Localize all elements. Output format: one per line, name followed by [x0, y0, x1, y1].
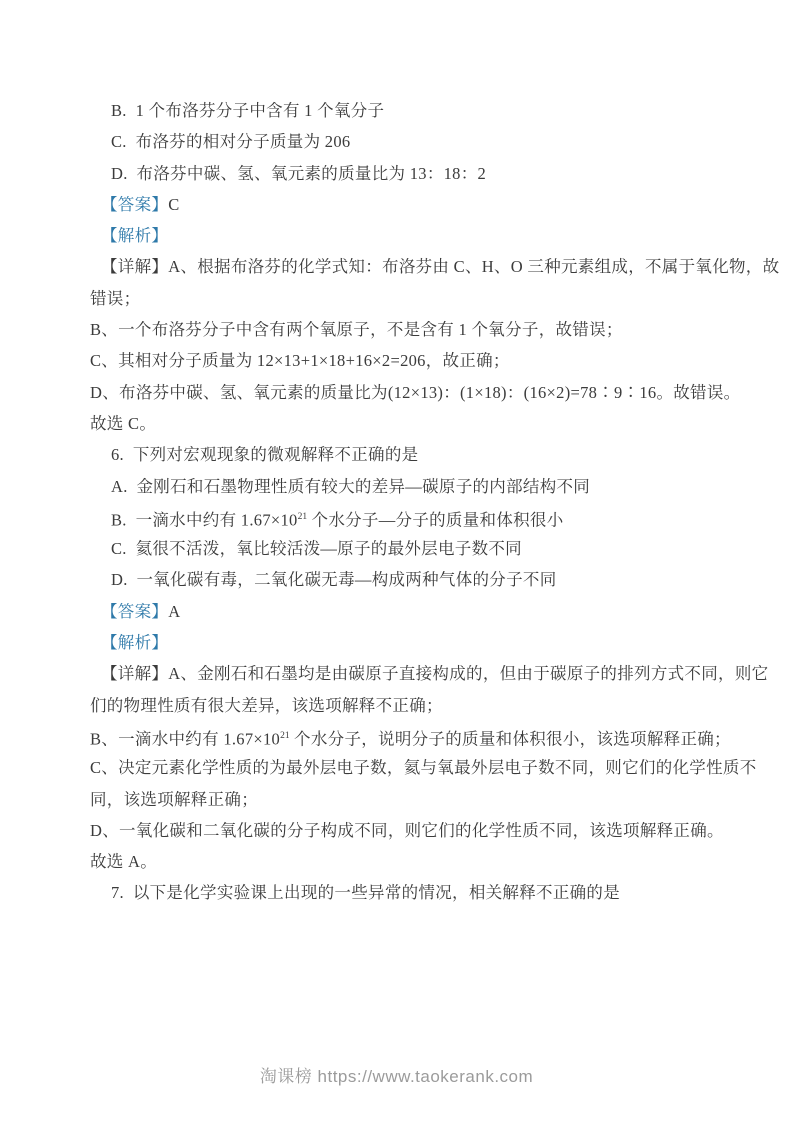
text-segment: D、布洛芬中碳、氢、氧元素的质量比为(12×13)：(1×18)：(16×2)=…: [90, 383, 740, 402]
text-line: 7. 以下是化学实验课上出现的一些异常的情况，相关解释不正确的是: [90, 877, 713, 908]
text-segment: C. 氦很不活泼，氧比较活泼—原子的最外层电子数不同: [111, 539, 522, 558]
text-line: 【答案】C: [90, 189, 713, 220]
text-segment: 6. 下列对宏观现象的微观解释不正确的是: [111, 445, 418, 464]
text-segment: 个水分子，说明分子的质量和体积很小，该选项解释正确；: [290, 729, 731, 748]
text-line: C. 布洛芬的相对分子质量为 206: [90, 126, 713, 157]
text-line: C、决定元素化学性质的为最外层电子数，氦与氧最外层电子数不同，则它们的化学性质不: [90, 752, 713, 783]
text-segment: D. 一氧化碳有毒，二氧化碳无毒—构成两种气体的分子不同: [111, 570, 557, 589]
text-segment: 同，该选项解释正确；: [90, 790, 258, 809]
footer-watermark: 淘课榜 https://www.taokerank.com: [0, 1062, 793, 1087]
text-line: 【答案】A: [90, 596, 713, 627]
text-line: 错误；: [90, 283, 713, 314]
section-marker: 【解析】: [101, 226, 168, 245]
text-line: B、一滴水中约有 1.67×1021 个水分子，说明分子的质量和体积很小，该选项…: [90, 721, 713, 752]
text-line: B、一个布洛芬分子中含有两个氧原子，不是含有 1 个氧分子，故错误；: [90, 314, 713, 345]
text-segment: B. 一滴水中约有 1.67×10: [111, 510, 298, 529]
text-line: A. 金刚石和石墨物理性质有较大的差异—碳原子的内部结构不同: [90, 471, 713, 502]
text-line: 【详解】A、金刚石和石墨均是由碳原子直接构成的，但由于碳原子的排列方式不同，则它: [90, 658, 713, 689]
text-segment: 故选 A。: [90, 852, 157, 871]
text-segment: 【详解】A、金刚石和石墨均是由碳原子直接构成的，但由于碳原子的排列方式不同，则它: [101, 664, 768, 683]
text-line: D. 一氧化碳有毒，二氧化碳无毒—构成两种气体的分子不同: [90, 564, 713, 595]
text-line: 6. 下列对宏观现象的微观解释不正确的是: [90, 439, 713, 470]
section-marker: 【解析】: [101, 633, 168, 652]
text-segment: A. 金刚石和石墨物理性质有较大的差异—碳原子的内部结构不同: [111, 477, 590, 496]
text-line: D. 布洛芬中碳、氢、氧元素的质量比为 13：18：2: [90, 158, 713, 189]
text-segment: B. 1 个布洛芬分子中含有 1 个氧分子: [111, 101, 384, 120]
text-segment: 21: [280, 731, 290, 741]
text-line: 故选 A。: [90, 846, 713, 877]
document-page: B. 1 个布洛芬分子中含有 1 个氧分子C. 布洛芬的相对分子质量为 206D…: [0, 0, 793, 1122]
text-segment: D、一氧化碳和二氧化碳的分子构成不同，则它们的化学性质不同，该选项解释正确。: [90, 821, 724, 840]
text-segment: B、一滴水中约有 1.67×10: [90, 729, 280, 748]
text-line: D、一氧化碳和二氧化碳的分子构成不同，则它们的化学性质不同，该选项解释正确。: [90, 815, 713, 846]
text-line: 同，该选项解释正确；: [90, 784, 713, 815]
text-segment: 错误；: [90, 289, 140, 308]
text-segment: 个水分子—分子的质量和体积很小: [307, 510, 563, 529]
text-segment: C、决定元素化学性质的为最外层电子数，氦与氧最外层电子数不同，则它们的化学性质不: [90, 758, 757, 777]
document-lines: B. 1 个布洛芬分子中含有 1 个氧分子C. 布洛芬的相对分子质量为 206D…: [90, 95, 713, 909]
section-marker: 【答案】: [101, 602, 168, 621]
text-line: 故选 C。: [90, 408, 713, 439]
section-marker: 【答案】: [101, 195, 168, 214]
text-segment: 21: [298, 512, 308, 522]
text-line: C. 氦很不活泼，氧比较活泼—原子的最外层电子数不同: [90, 533, 713, 564]
text-line: 们的物理性质有很大差异，该选项解释不正确；: [90, 690, 713, 721]
text-line: B. 一滴水中约有 1.67×1021 个水分子—分子的质量和体积很小: [90, 502, 713, 533]
text-segment: 7. 以下是化学实验课上出现的一些异常的情况，相关解释不正确的是: [111, 883, 620, 902]
text-segment: A: [168, 602, 180, 621]
text-line: 【详解】A、根据布洛芬的化学式知：布洛芬由 C、H、O 三种元素组成，不属于氧化…: [90, 251, 713, 282]
text-segment: C: [168, 195, 179, 214]
text-segment: D. 布洛芬中碳、氢、氧元素的质量比为 13：18：2: [111, 164, 486, 183]
text-line: C、其相对分子质量为 12×13+1×18+16×2=206，故正确；: [90, 345, 713, 376]
text-line: 【解析】: [90, 220, 713, 251]
text-line: B. 1 个布洛芬分子中含有 1 个氧分子: [90, 95, 713, 126]
text-line: 【解析】: [90, 627, 713, 658]
text-segment: B、一个布洛芬分子中含有两个氧原子，不是含有 1 个氧分子，故错误；: [90, 320, 623, 339]
text-segment: C、其相对分子质量为 12×13+1×18+16×2=206，故正确；: [90, 351, 510, 370]
text-segment: C. 布洛芬的相对分子质量为 206: [111, 132, 350, 151]
text-segment: 【详解】A、根据布洛芬的化学式知：布洛芬由 C、H、O 三种元素组成，不属于氧化…: [101, 257, 779, 276]
text-segment: 故选 C。: [90, 414, 156, 433]
text-segment: 们的物理性质有很大差异，该选项解释不正确；: [90, 696, 443, 715]
text-line: D、布洛芬中碳、氢、氧元素的质量比为(12×13)：(1×18)：(16×2)=…: [90, 377, 713, 408]
